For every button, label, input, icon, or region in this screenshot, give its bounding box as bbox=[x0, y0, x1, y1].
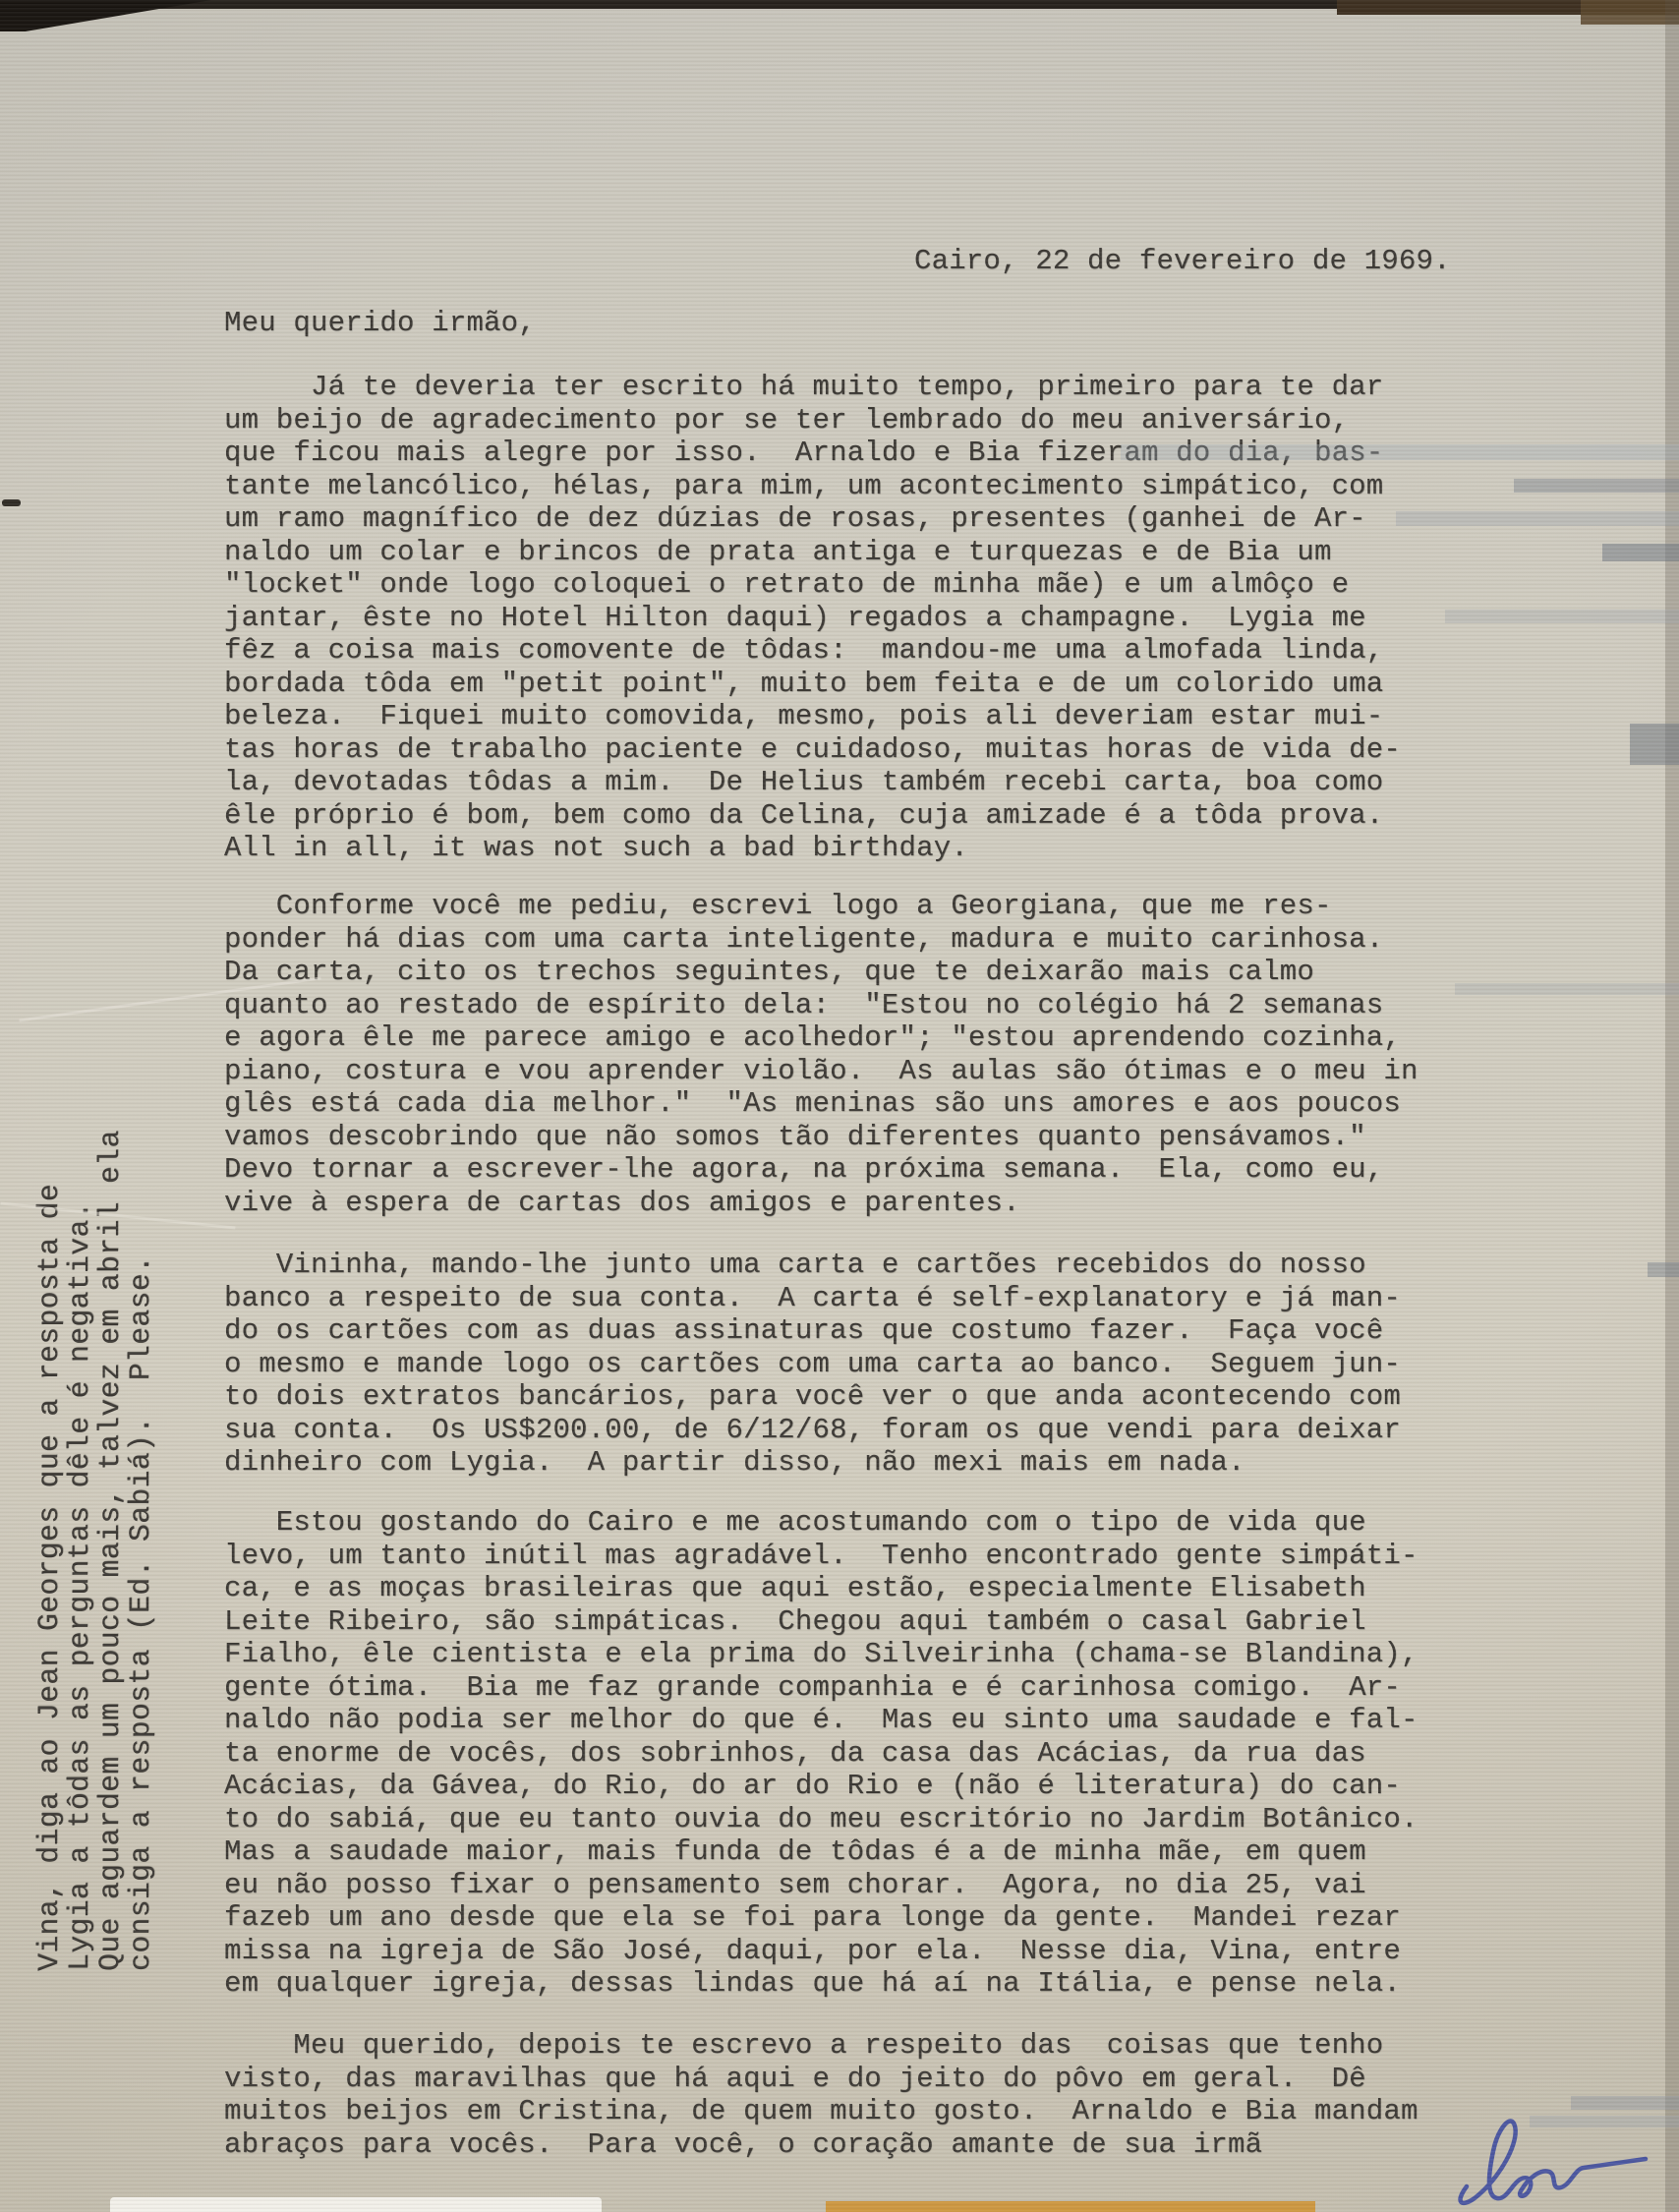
scan-streak bbox=[1455, 983, 1679, 995]
paragraph-1: Já te deveria ter escrito há muito tempo… bbox=[224, 371, 1401, 865]
scan-artifact-top-edge bbox=[0, 0, 1679, 9]
scan-streak bbox=[1445, 610, 1679, 623]
scan-artifact-right-edge bbox=[1665, 0, 1679, 2212]
scan-streak bbox=[1602, 544, 1679, 561]
date-line: Cairo, 22 de fevereiro de 1969. bbox=[914, 245, 1451, 278]
scan-artifact-bottom-white bbox=[110, 2197, 602, 2212]
paragraph-5: Meu querido, depois te escrevo a respeit… bbox=[224, 2029, 1418, 2161]
scan-streak bbox=[1630, 724, 1679, 765]
paragraph-3: Vininha, mando-lhe junto uma carta e car… bbox=[224, 1249, 1401, 1480]
signature-stroke bbox=[1461, 2122, 1646, 2203]
scan-streak bbox=[1571, 2096, 1679, 2110]
scan-streak bbox=[1396, 511, 1679, 526]
scan-artifact-top-right-band bbox=[1337, 0, 1679, 15]
paragraph-2: Conforme você me pediu, escrevi logo a G… bbox=[224, 890, 1418, 1219]
scan-streak bbox=[1514, 479, 1679, 493]
paragraph-4: Estou gostando do Cairo e me acostumando… bbox=[224, 1506, 1418, 2001]
scan-artifact-top-right-corner bbox=[1581, 0, 1679, 25]
scan-streak bbox=[1648, 1262, 1679, 1277]
pen-dash-left-margin bbox=[2, 499, 21, 506]
margin-note: Vina, diga ao Jean Georges que a respost… bbox=[35, 1086, 157, 1971]
salutation: Meu querido irmão, bbox=[224, 307, 536, 340]
scan-artifact-bottom-orange bbox=[826, 2201, 1315, 2212]
letter-page: Cairo, 22 de fevereiro de 1969. Meu quer… bbox=[0, 0, 1679, 2212]
signature-handwriting bbox=[1453, 2112, 1659, 2212]
scan-artifact-top-left-wedge bbox=[0, 0, 211, 31]
